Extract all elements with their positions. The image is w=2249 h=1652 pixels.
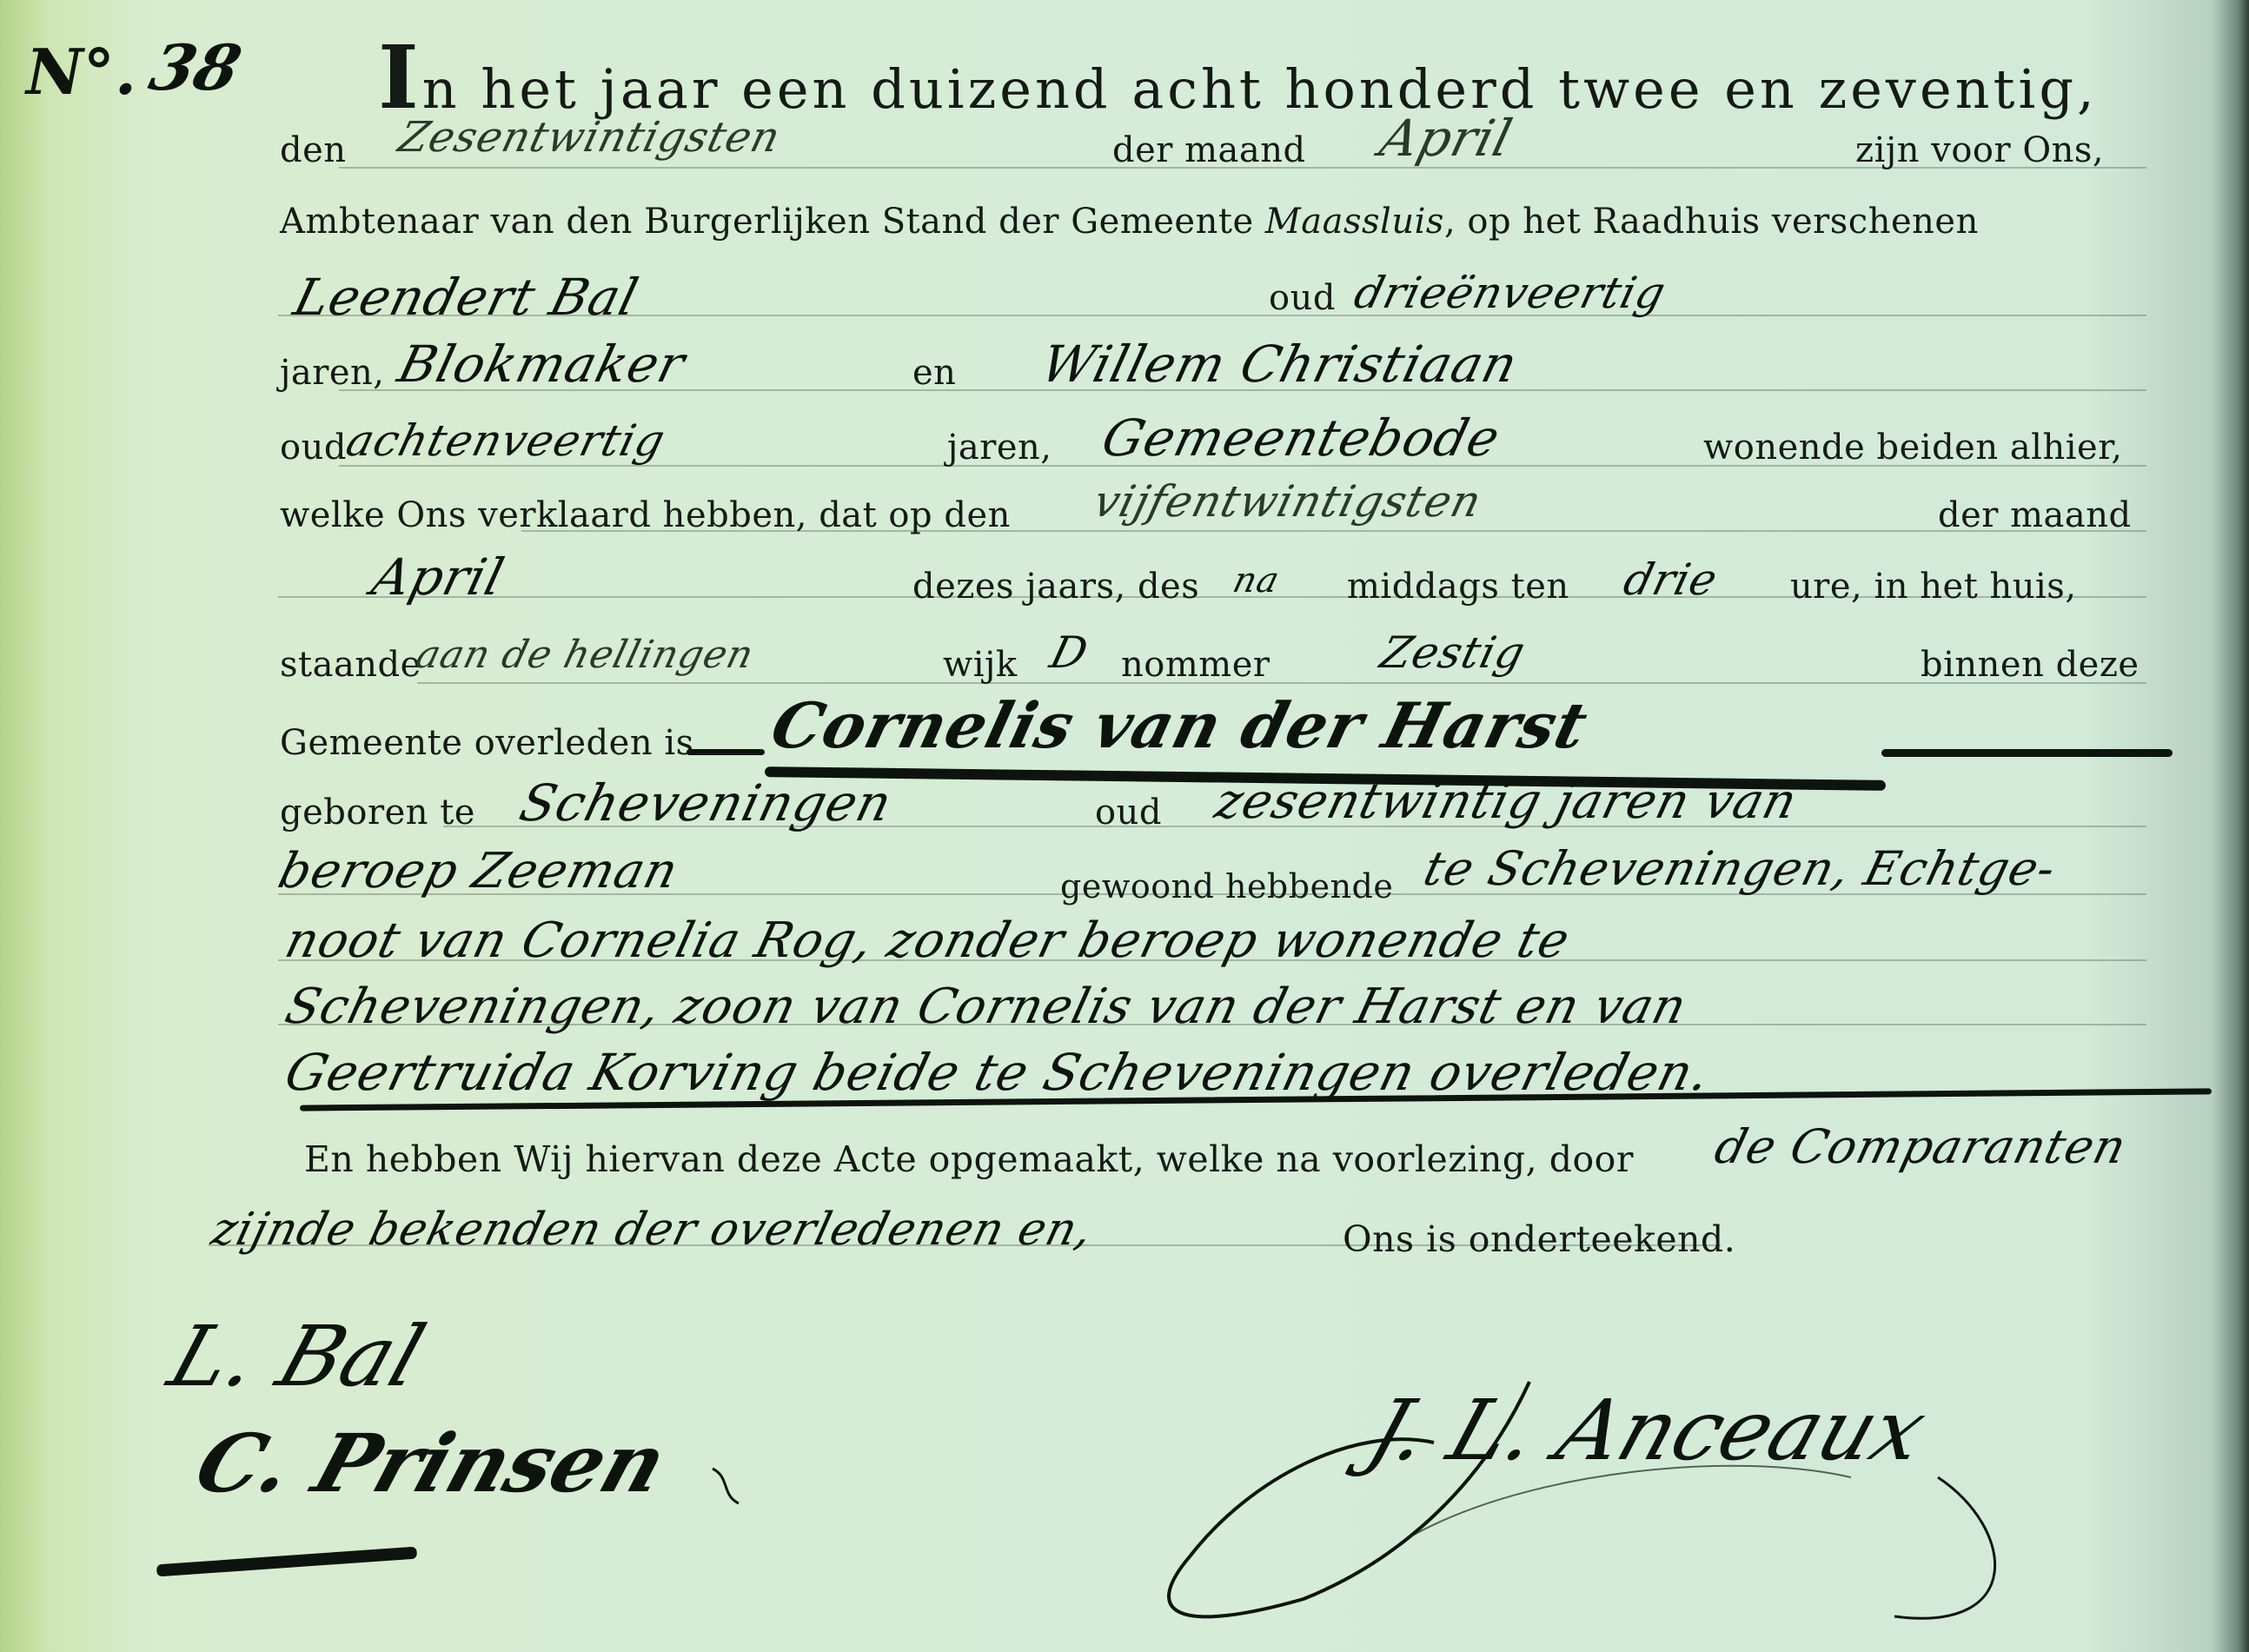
signature-flourish	[0, 0, 2249, 1652]
death-certificate-page: N°. 38 In het jaar een duizend acht hond…	[0, 0, 2249, 1652]
